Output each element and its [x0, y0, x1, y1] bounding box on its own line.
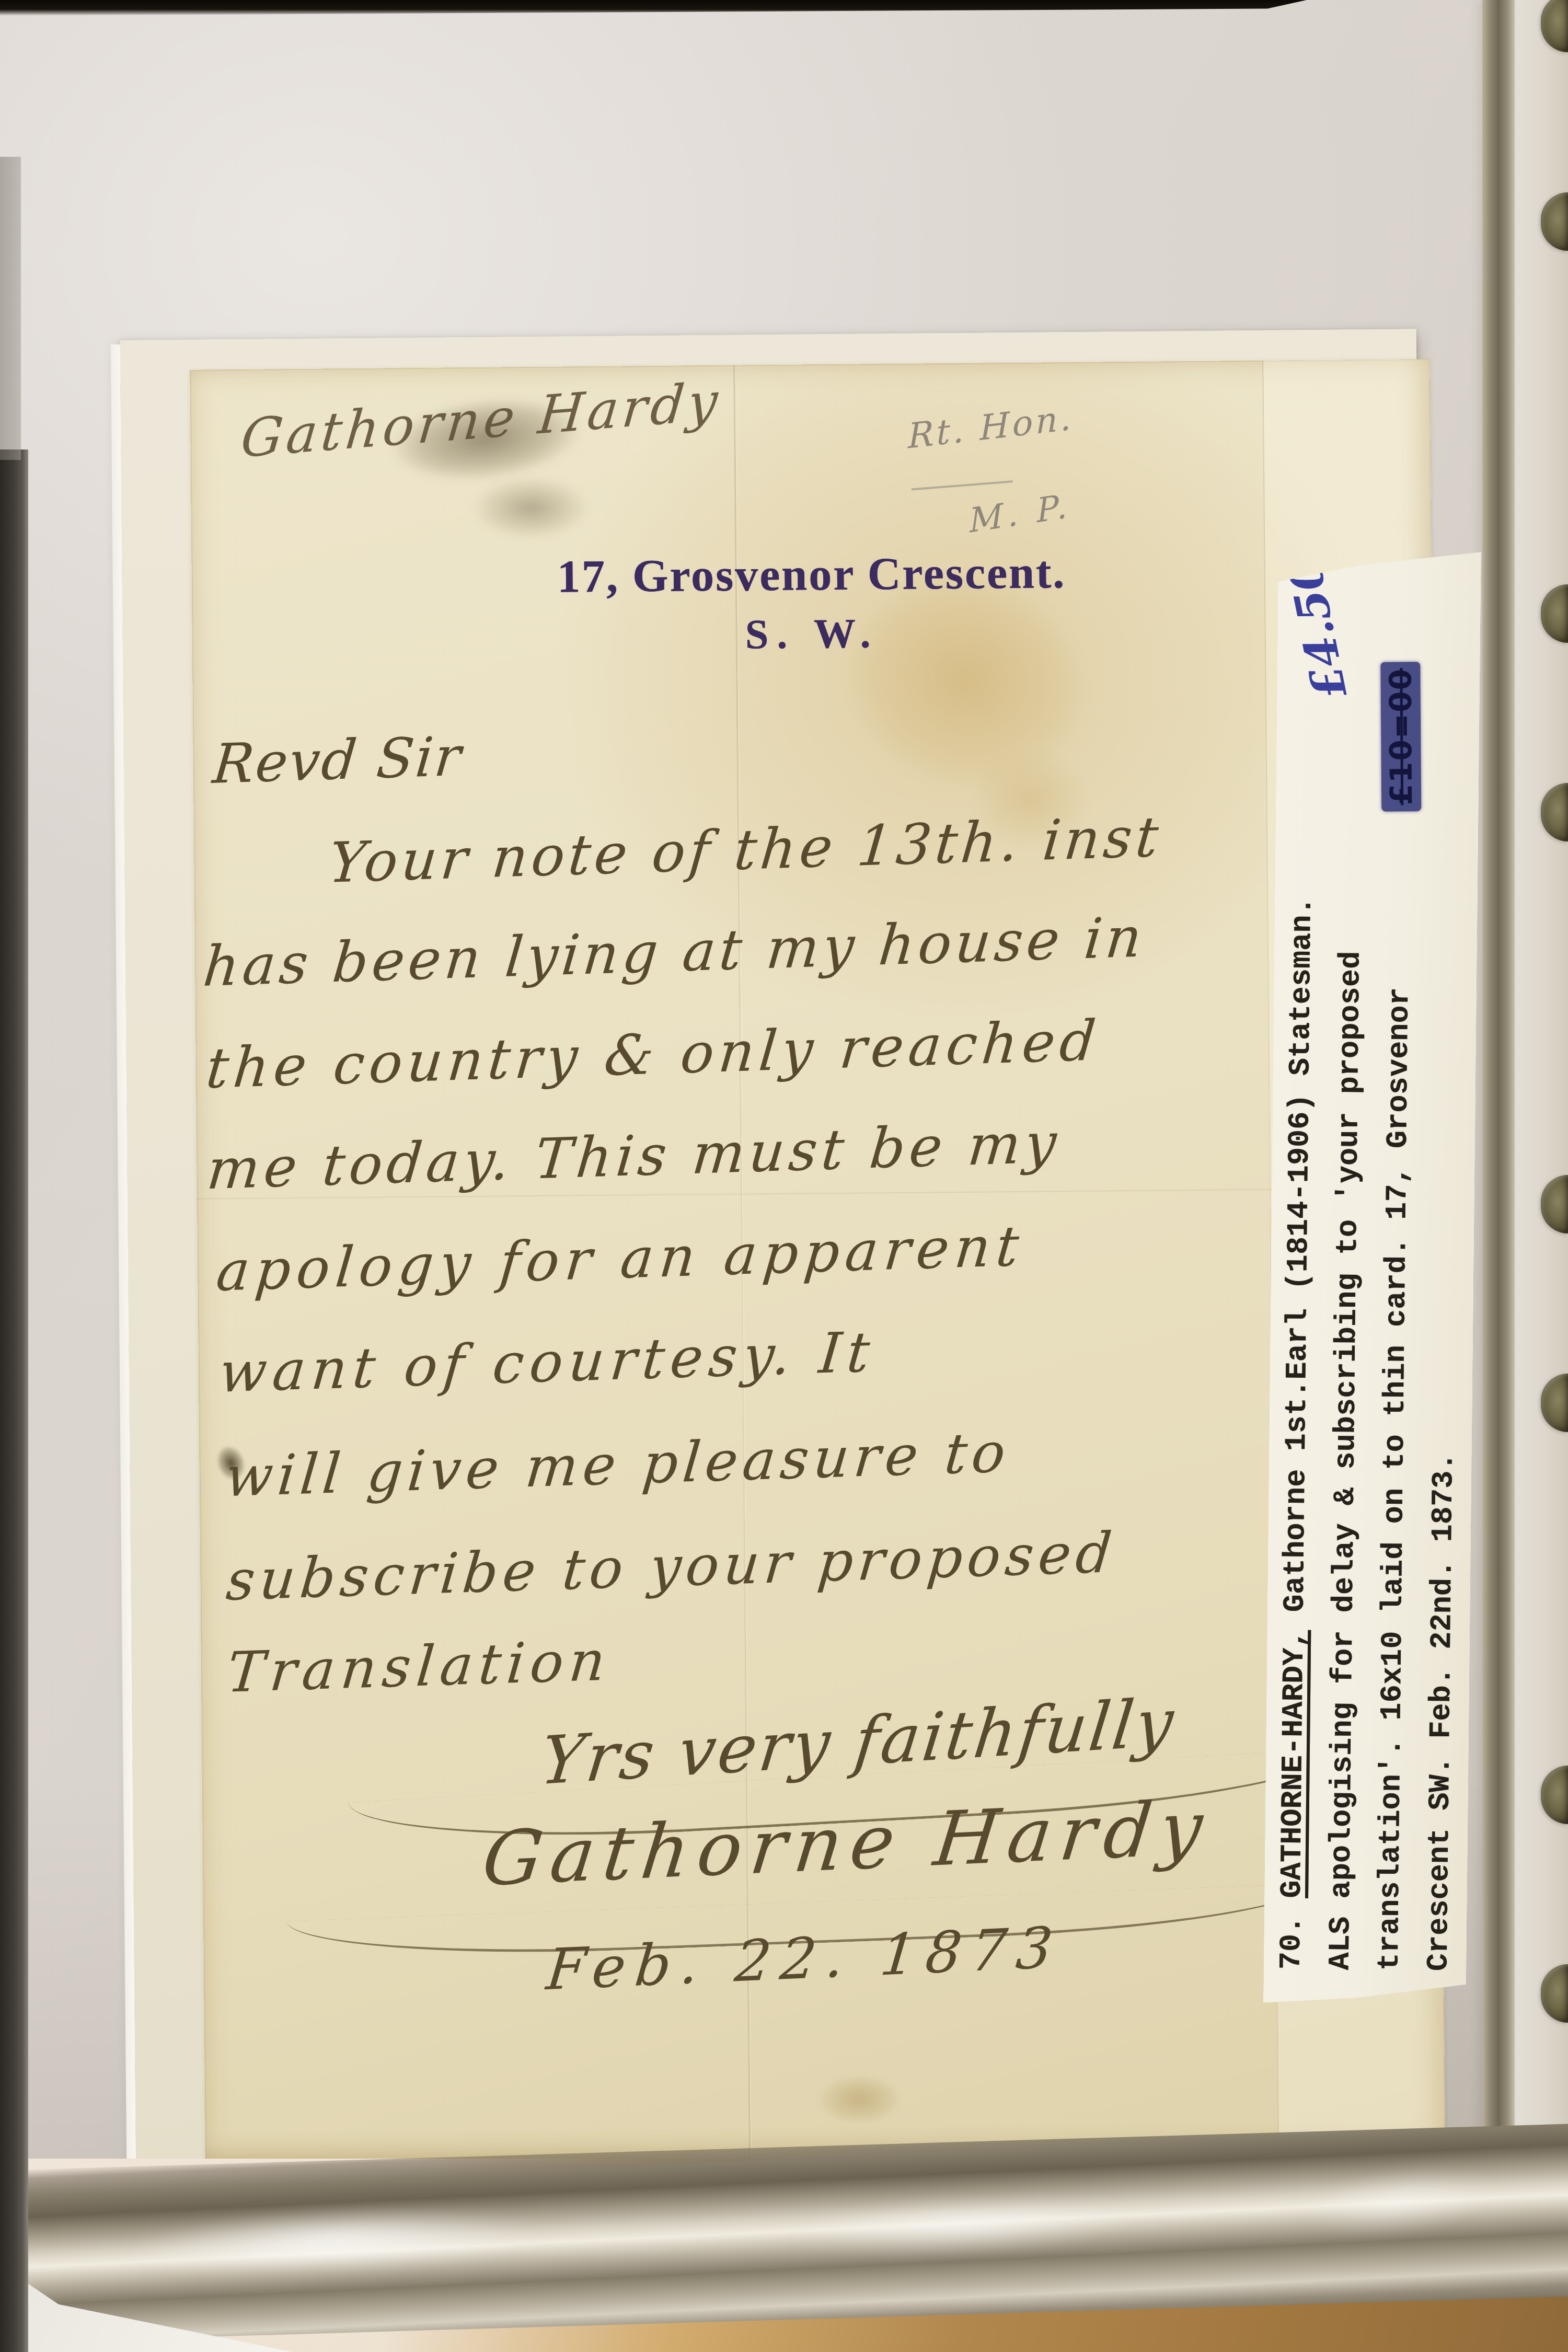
body-line: the country & only reached	[204, 1008, 1103, 1101]
label-line-2: ALS apologising for delay & subscribing …	[1324, 951, 1368, 1970]
body-line: has been lying at my house in	[201, 905, 1148, 999]
letterhead: 17, Grosvenor Crescent. S. W.	[191, 543, 1432, 664]
letterhead-address: 17, Grosvenor Crescent.	[191, 543, 1432, 607]
ink-smudge	[452, 466, 609, 551]
pencil-annotation-rt-hon: Rt. Hon.	[908, 397, 1074, 457]
pencil-underline	[911, 480, 1013, 490]
pencil-annotation-mp: M. P.	[969, 487, 1072, 540]
plastic-sheen	[1240, 2152, 1559, 2251]
salutation: Revd Sir	[210, 724, 465, 796]
label-line-1: 70. GATHORNE-HARDY, Gathorne 1st.Earl (1…	[1275, 897, 1320, 1970]
body-line: me today. This must be my	[204, 1111, 1063, 1202]
letterhead-district: S. W.	[192, 605, 1432, 664]
body-line: Your note of the 13th. inst	[326, 804, 1165, 895]
photo-of-letter-in-album: Gathorne Hardy Rt. Hon. M. P. 17, Grosve…	[0, 0, 1568, 2352]
body-line: apology for an apparent	[214, 1214, 1027, 1304]
plastic-sheen	[16, 2189, 653, 2291]
body-line: Translation	[224, 1628, 614, 1704]
label-line-3: translation'. 16x10 laid on to thin card…	[1374, 987, 1417, 1971]
page-left-edge-highlight	[0, 157, 21, 460]
letter-sheet: Gathorne Hardy Rt. Hon. M. P. 17, Grosve…	[190, 359, 1445, 2164]
binder-margin	[1514, 0, 1568, 2216]
plastic-sheen	[698, 2182, 1230, 2270]
label-line-4: Crescent SW. Feb. 22nd. 1873.	[1423, 1452, 1461, 1971]
crossed-out-price: £10=00	[1380, 662, 1421, 812]
page-left-edge	[0, 449, 28, 2352]
binder-seam	[1482, 0, 1515, 2190]
body-line: subscribe to your proposed	[224, 1520, 1119, 1613]
label-rotated-text: 70. GATHORNE-HARDY, Gathorne 1st.Earl (1…	[1263, 550, 1481, 2005]
body-line: will give me pleasure to	[223, 1420, 1012, 1509]
label-line-1-rest: Gathorne 1st.Earl (1814-1906) Statesman.	[1278, 897, 1320, 1630]
dealer-label: 70. GATHORNE-HARDY, Gathorne 1st.Earl (1…	[1263, 550, 1481, 2005]
label-name: GATHORNE-HARDY,	[1276, 1630, 1312, 1898]
label-item-number: 70.	[1275, 1898, 1309, 1969]
body-line: want of courtesy. It	[217, 1320, 878, 1405]
letter-backing-card: Gathorne Hardy Rt. Hon. M. P. 17, Grosve…	[120, 329, 1432, 2171]
